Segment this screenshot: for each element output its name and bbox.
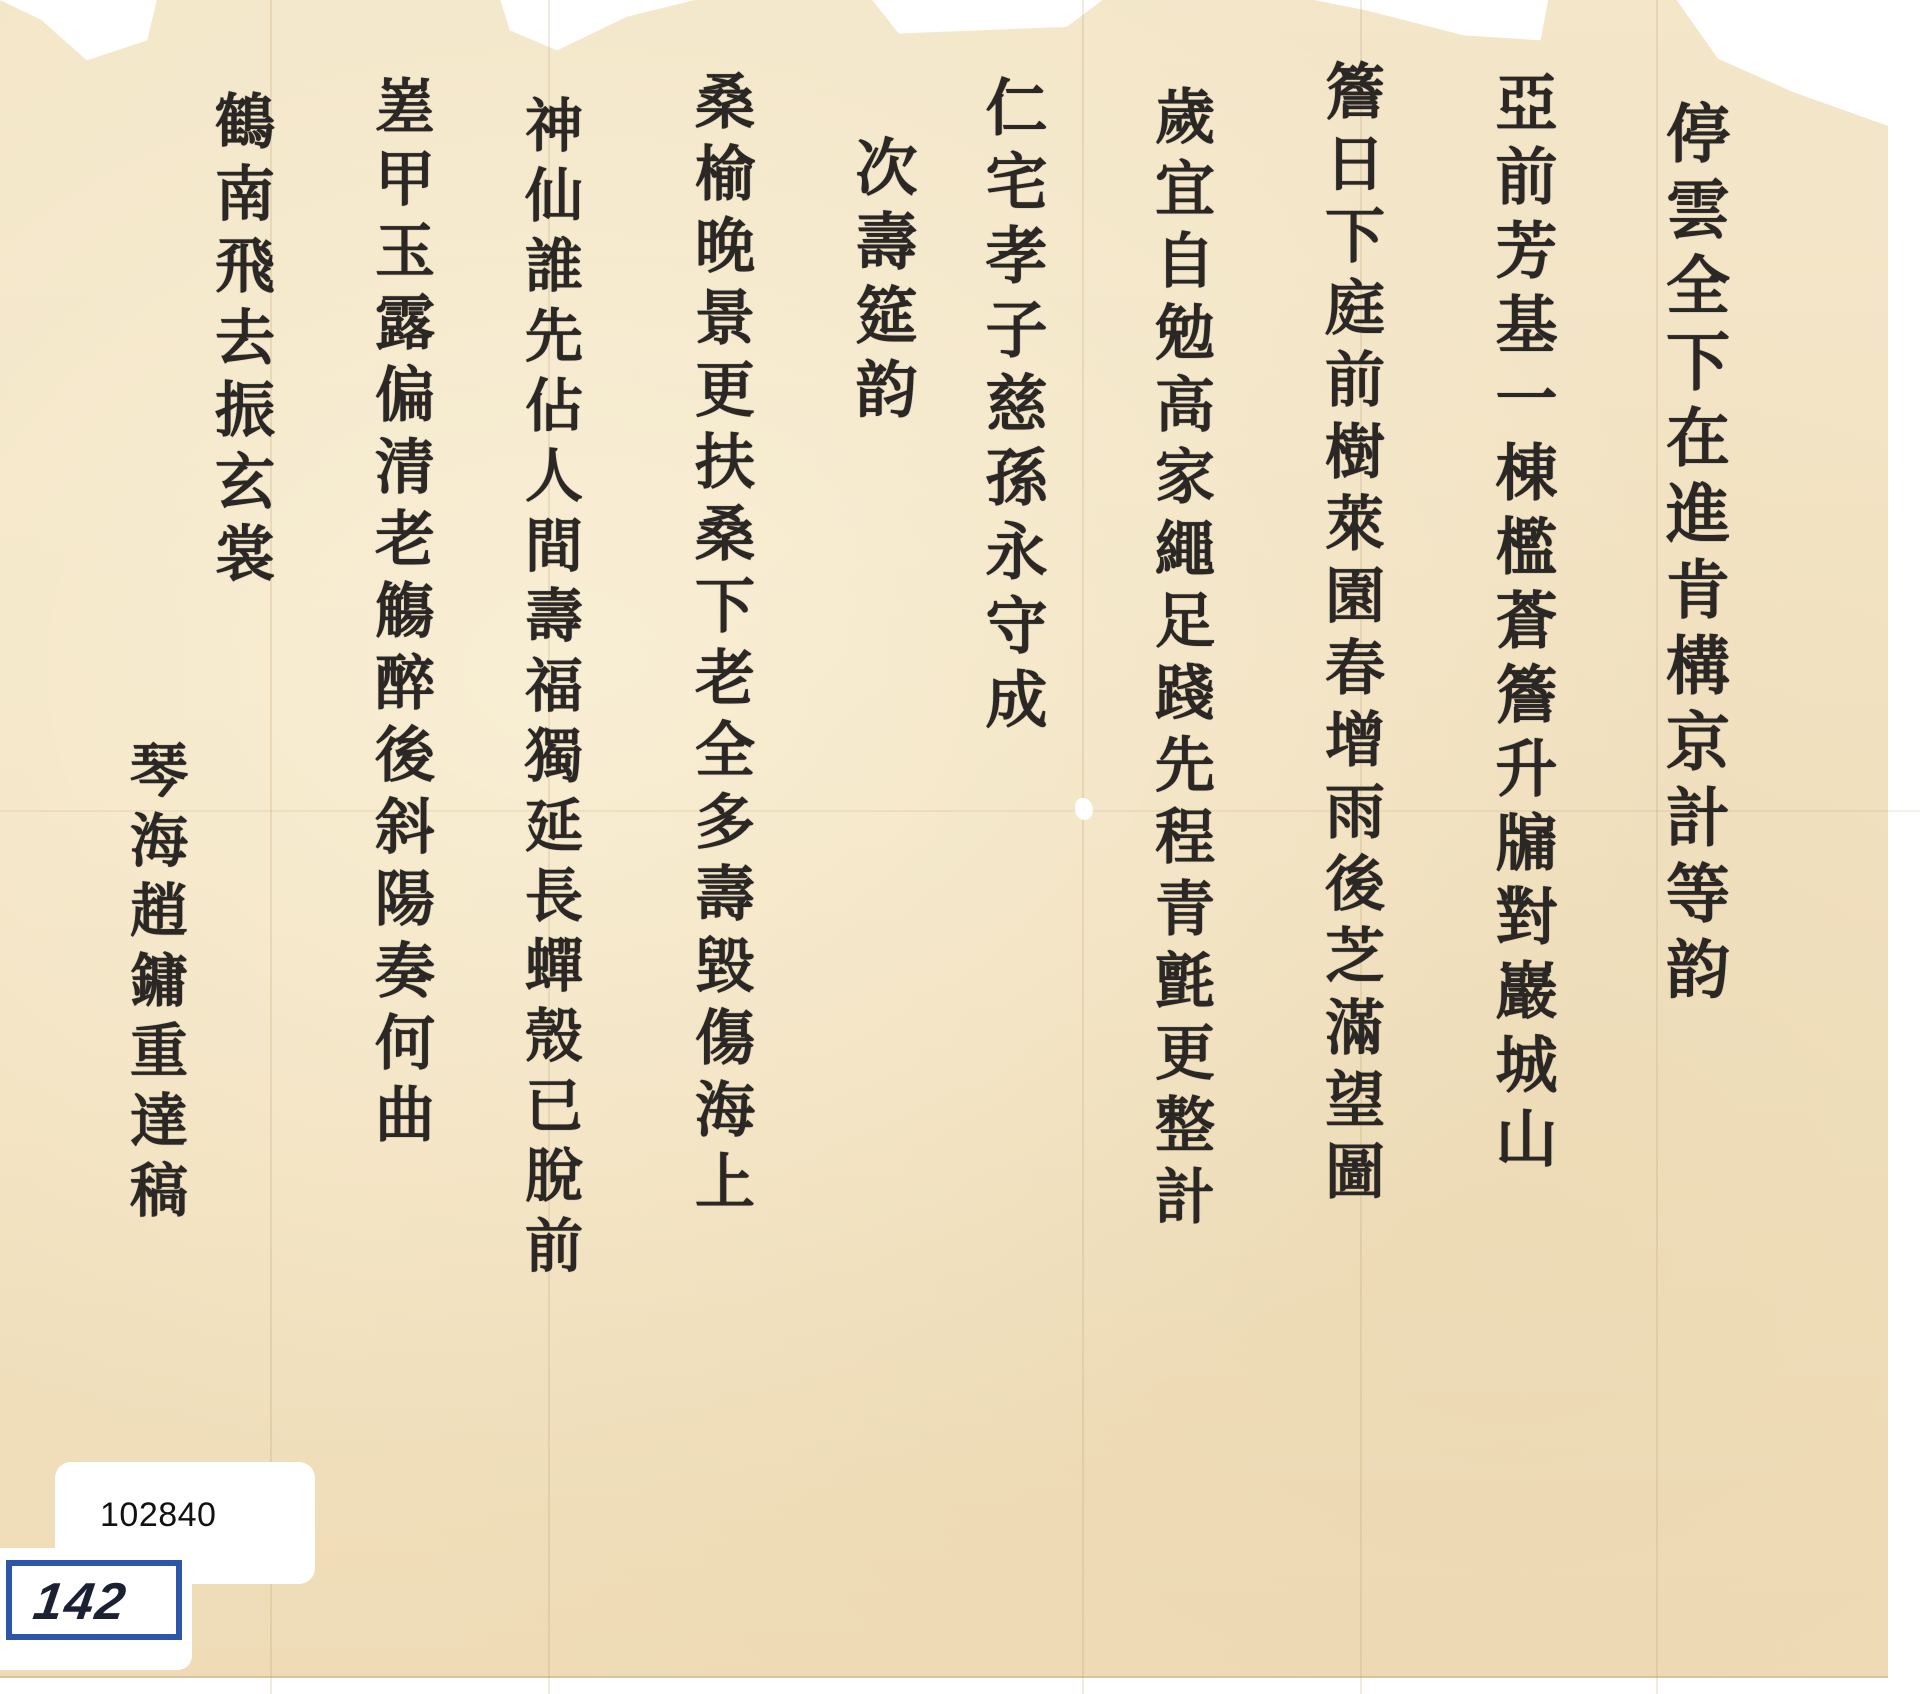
catalog-number: 102840: [100, 1496, 216, 1535]
paper-tear-hole: [1075, 798, 1093, 820]
item-number: 142: [30, 1572, 131, 1632]
signature-column: 琴海趙鏞重達稿: [125, 740, 183, 1230]
text-column: 嵳甲玉露偏清老觴醉後斜陽奏何曲: [370, 75, 430, 1155]
text-column: 鶴南飛去振玄裳: [210, 90, 270, 594]
fold-line-horizontal: [0, 810, 1920, 812]
text-column: 神仙誰先佔人間壽福獨延長蟬殼已脫前: [520, 95, 578, 1285]
fold-line: [1082, 0, 1084, 1694]
text-column: 仁宅孝子慈孫永守成: [980, 75, 1042, 741]
text-column: 簷日下庭前樹萊園春增雨後芝滿望圖: [1320, 60, 1380, 1212]
text-column: 亞前芳基一棟檻蒼簷升牖對巖城山: [1490, 70, 1552, 1180]
text-column: 歲宜自勉高家繩足踐先程青氈更整計: [1150, 85, 1210, 1237]
text-column: 次壽筵韵: [850, 135, 912, 431]
text-column: 停雲全下在進肯構京計等韵: [1660, 100, 1724, 1012]
manuscript-paper: [0, 0, 1888, 1678]
text-column: 桑榆晚景更扶桑下老全多壽毀傷海上: [690, 70, 750, 1222]
